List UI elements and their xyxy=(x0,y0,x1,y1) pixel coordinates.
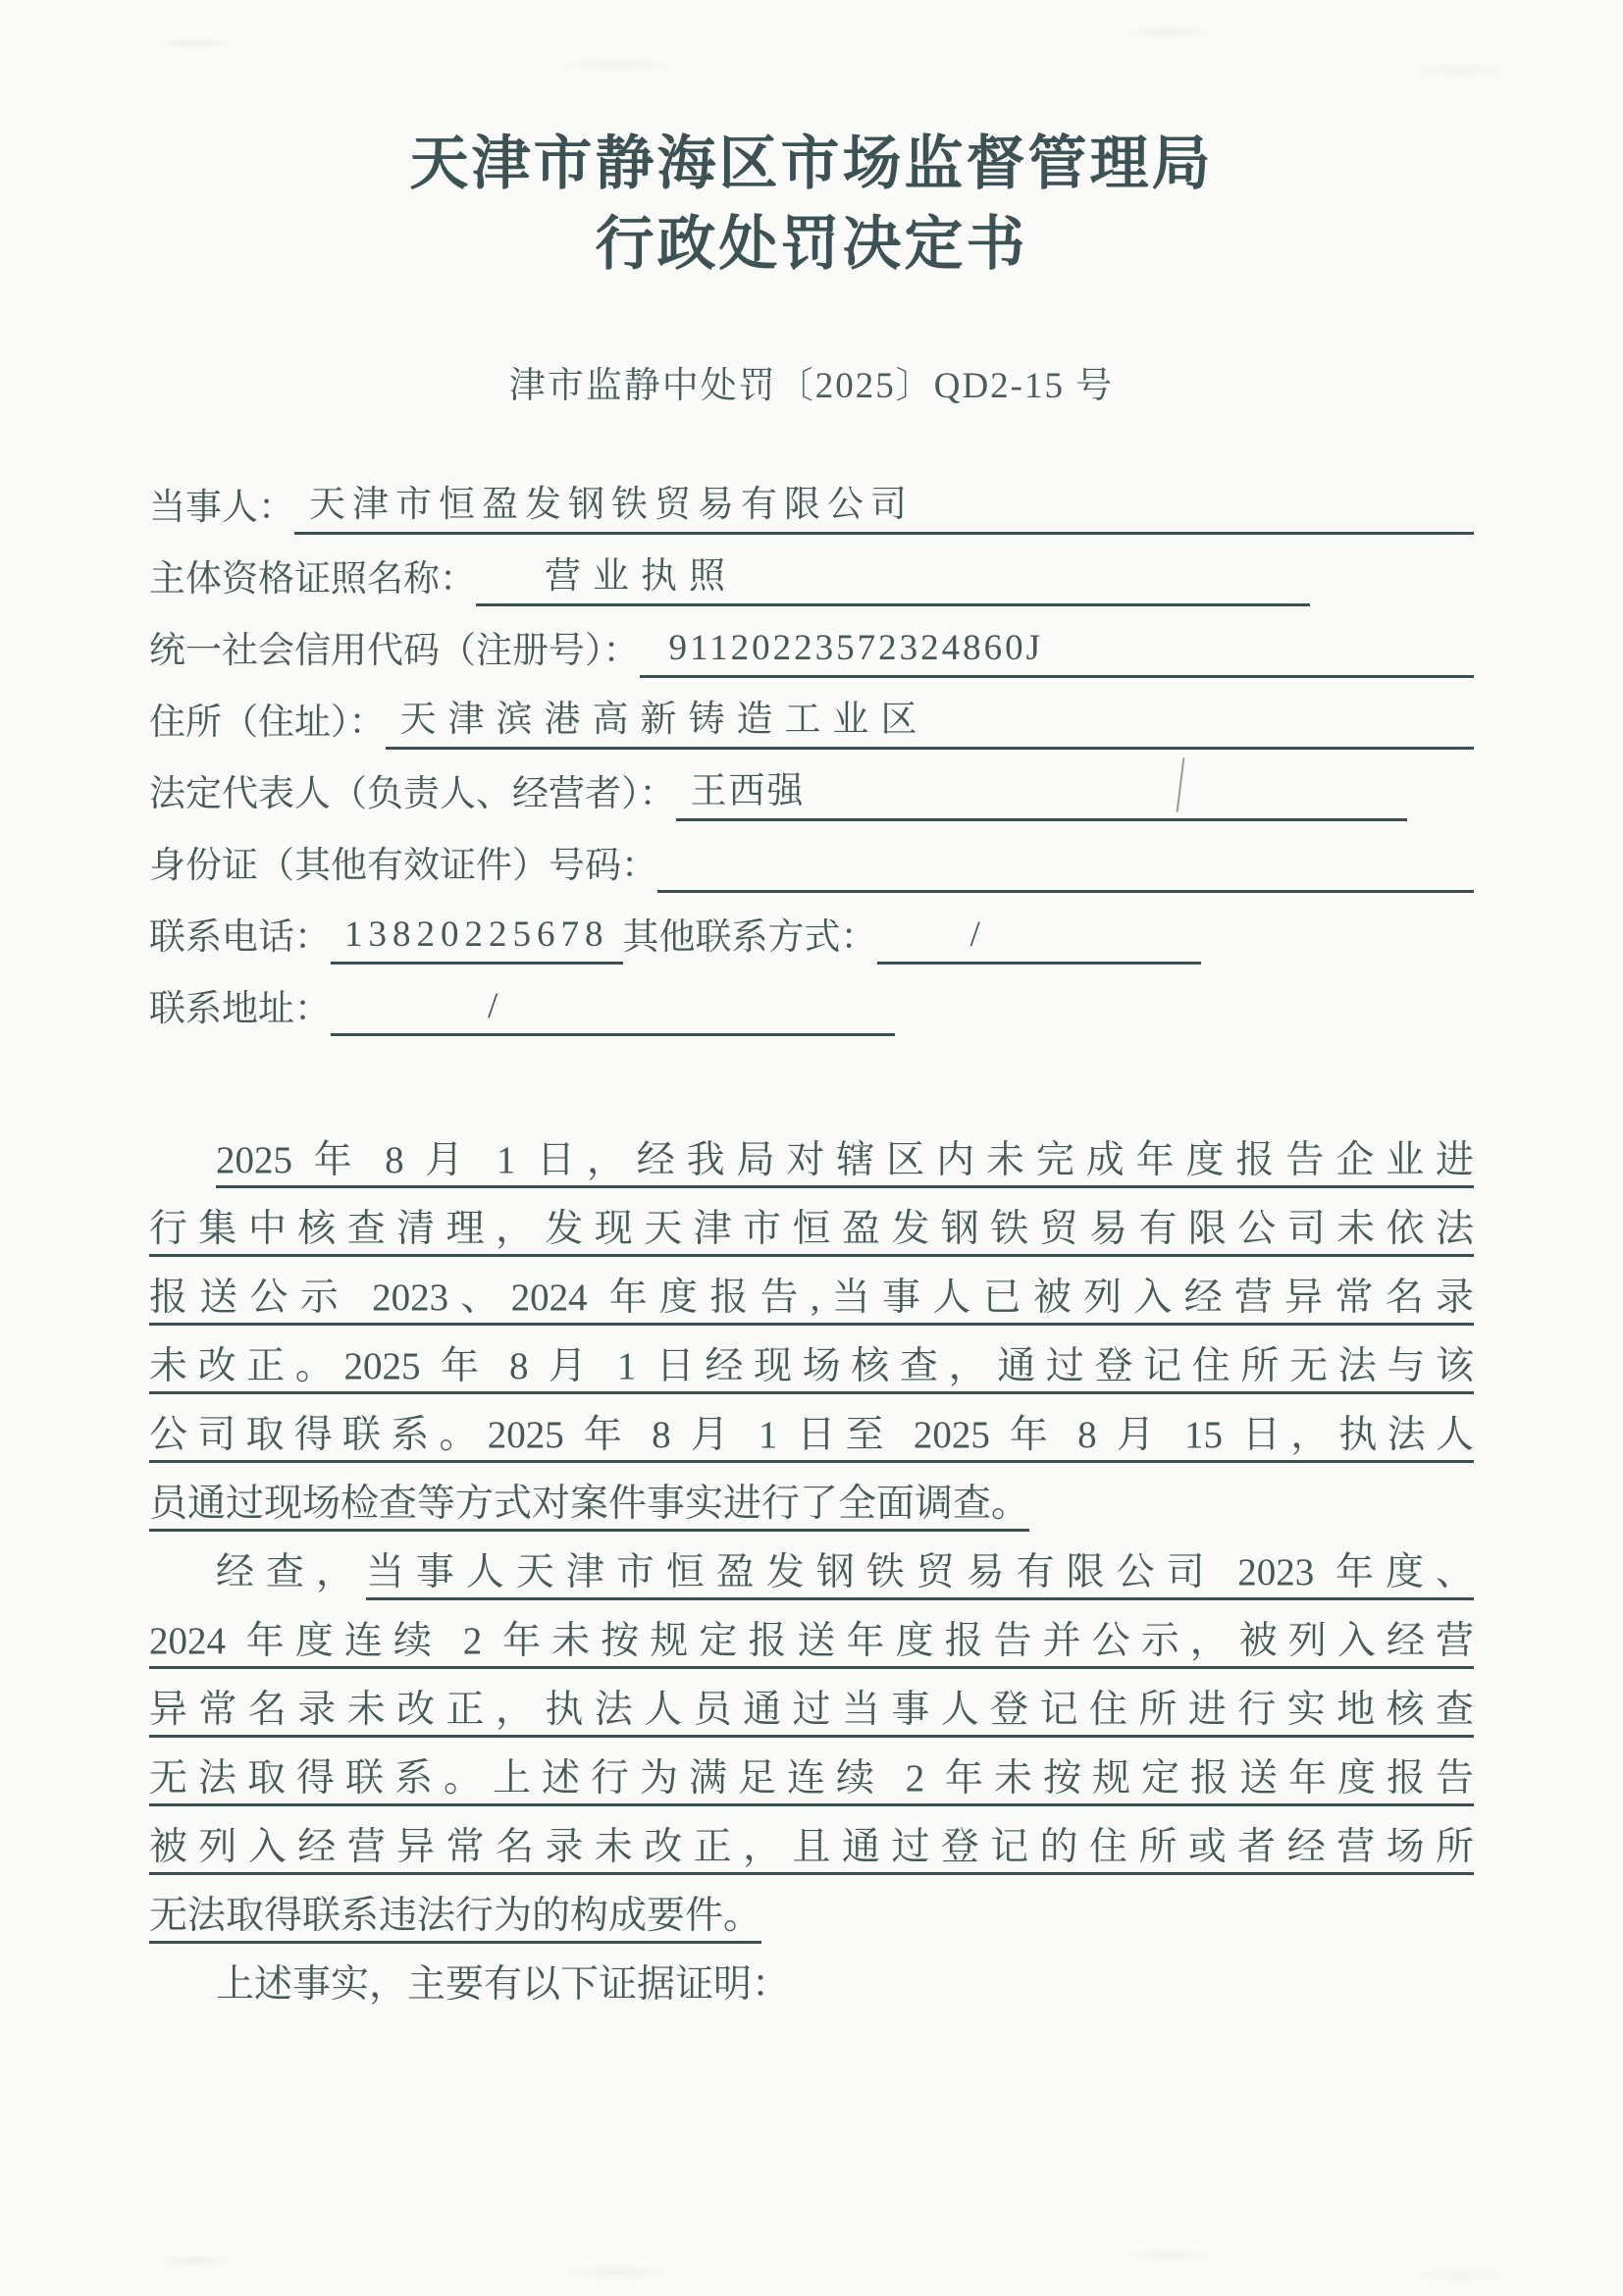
body-line-text: 未改正。2025 年 8 月 1 日经现场核查，通过登记住所无法与该 xyxy=(149,1345,1474,1387)
body-line-text: 当事人天津市恒盈发钢铁贸易有限公司 2023 年度、 xyxy=(366,1551,1474,1593)
body-line: 2025 年 8 月 1 日，经我局对辖区内未完成年度报告企业进 xyxy=(149,1126,1474,1195)
party-info-fields: 当事人： 天津市恒盈发钢铁贸易有限公司 主体资格证照名称： 营业执照 统一社会信… xyxy=(149,463,1474,1036)
field-row-party: 当事人： 天津市恒盈发钢铁贸易有限公司 xyxy=(149,463,1474,535)
document-type-title: 行政处罚决定书 xyxy=(149,204,1474,285)
penalty-decision-document: 天津市静海区市场监督管理局 行政处罚决定书 津市监静中处罚〔2025〕QD2-1… xyxy=(0,0,1623,2296)
body-line-text: 员通过现场检查等方式对案件事实进行了全面调查。 xyxy=(149,1483,1029,1525)
field-label-license-name: 主体资格证照名称： xyxy=(149,553,476,606)
field-row-contact-address: 联系地址： / xyxy=(149,965,1474,1036)
field-row-address: 住所（住址）： 天津滨港高新铸造工业区 xyxy=(149,678,1474,750)
body-line-text: 异常名录未改正，执法人员通过当事人登记住所进行实地核查 xyxy=(149,1689,1474,1731)
body-line-text: 报送公示 2023、2024 年度报告,当事人已被列入经营异常名录 xyxy=(149,1277,1474,1319)
field-value-credit-code: 91120223572324860J xyxy=(640,622,1475,678)
body-line: 经查，当事人天津市恒盈发钢铁贸易有限公司 2023 年度、 xyxy=(149,1539,1474,1607)
closing-line: 上述事实，主要有以下证据证明： xyxy=(149,1951,1474,2019)
field-value-party: 天津市恒盈发钢铁贸易有限公司 xyxy=(294,479,1474,535)
field-label-address: 住所（住址）： xyxy=(149,697,386,750)
document-content: 天津市静海区市场监督管理局 行政处罚决定书 津市监静中处罚〔2025〕QD2-1… xyxy=(0,0,1623,2019)
field-value-other-contact: / xyxy=(877,909,1201,965)
body-line: 行集中核查清理，发现天津市恒盈发钢铁贸易有限公司未依法 xyxy=(149,1195,1474,1264)
body-line: 无法取得联系违法行为的构成要件。 xyxy=(149,1882,1474,1951)
field-label-contact-address: 联系地址： xyxy=(149,983,331,1036)
body-line-text: 无法取得联系。上述行为满足连续 2 年未按规定报送年度报告 xyxy=(149,1757,1474,1800)
body-line-text: 2025 年 8 月 1 日，经我局对辖区内未完成年度报告企业进 xyxy=(216,1139,1474,1181)
body-line: 公司取得联系。2025 年 8 月 1 日至 2025 年 8 月 15 日，执… xyxy=(149,1401,1474,1470)
field-row-id-number: 身份证（其他有效证件）号码： xyxy=(149,821,1474,893)
body-line: 报送公示 2023、2024 年度报告,当事人已被列入经营异常名录 xyxy=(149,1264,1474,1332)
doc-number: 津市监静中处罚〔2025〕QD2-15 号 xyxy=(149,355,1474,408)
body-line-text: 2024 年度连续 2 年未按规定报送年度报告并公示，被列入经营 xyxy=(149,1620,1474,1662)
body-line: 未改正。2025 年 8 月 1 日经现场核查，通过登记住所无法与该 xyxy=(149,1332,1474,1401)
field-value-license-name: 营业执照 xyxy=(476,550,1310,606)
body-text: 2025 年 8 月 1 日，经我局对辖区内未完成年度报告企业进 行集中核查清理… xyxy=(149,1126,1474,2019)
body-line: 2024 年度连续 2 年未按规定报送年度报告并公示，被列入经营 xyxy=(149,1607,1474,1676)
field-value-legal-rep: 王西强 xyxy=(676,765,1407,821)
field-row-legal-rep: 法定代表人（负责人、经营者）： 王西强 xyxy=(149,750,1474,821)
field-label-legal-rep: 法定代表人（负责人、经营者）： xyxy=(149,768,676,821)
body-line-text: 无法取得联系违法行为的构成要件。 xyxy=(149,1895,761,1937)
body-line: 员通过现场检查等方式对案件事实进行了全面调查。 xyxy=(149,1470,1474,1539)
body-line-text: 行集中核查清理，发现天津市恒盈发钢铁贸易有限公司未依法 xyxy=(149,1208,1474,1250)
body-line-prefix: 经查， xyxy=(216,1551,366,1593)
field-value-contact-address: / xyxy=(331,980,895,1036)
body-line-text: 被列入经营异常名录未改正，且通过登记的住所或者经营场所 xyxy=(149,1826,1474,1868)
field-value-address: 天津滨港高新铸造工业区 xyxy=(386,694,1475,750)
field-row-phone: 联系电话： 13820225678 其他联系方式： / xyxy=(149,893,1474,965)
field-row-credit-code: 统一社会信用代码（注册号）： 91120223572324860J xyxy=(149,606,1474,678)
closing-line-text: 上述事实，主要有以下证据证明： xyxy=(216,1963,790,2006)
field-value-id-number xyxy=(657,890,1474,893)
field-label-phone: 联系电话： xyxy=(149,912,331,965)
scan-artifact-top xyxy=(0,0,1623,108)
scan-artifact-bottom xyxy=(0,2237,1623,2296)
field-label-credit-code: 统一社会信用代码（注册号）： xyxy=(149,625,640,678)
field-label-id-number: 身份证（其他有效证件）号码： xyxy=(149,840,657,893)
field-value-phone: 13820225678 xyxy=(331,909,623,965)
body-line: 被列入经营异常名录未改正，且通过登记的住所或者经营场所 xyxy=(149,1813,1474,1882)
body-line: 异常名录未改正，执法人员通过当事人登记住所进行实地核查 xyxy=(149,1676,1474,1745)
agency-title: 天津市静海区市场监督管理局 xyxy=(149,124,1474,204)
body-line: 无法取得联系。上述行为满足连续 2 年未按规定报送年度报告 xyxy=(149,1745,1474,1813)
field-label-other-contact: 其他联系方式： xyxy=(623,912,877,965)
body-line-text: 公司取得联系。2025 年 8 月 1 日至 2025 年 8 月 15 日，执… xyxy=(149,1414,1474,1456)
field-label-party: 当事人： xyxy=(149,482,294,535)
field-row-license-name: 主体资格证照名称： 营业执照 xyxy=(149,535,1474,606)
